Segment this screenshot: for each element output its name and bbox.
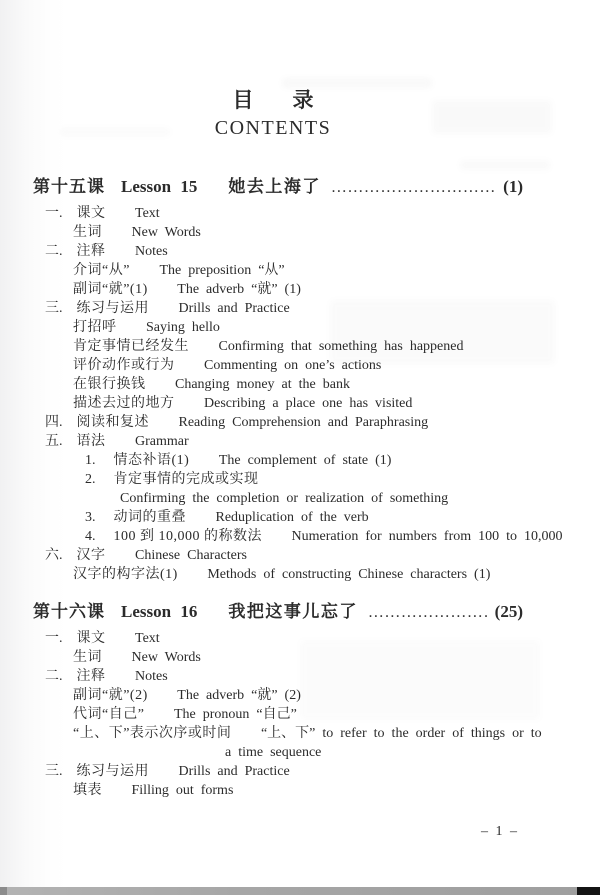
scan-edge-band <box>0 887 600 895</box>
toc-entry: 副词“就”(1) The adverb “就” (1) <box>33 280 523 299</box>
lesson-entries: 一. 课文 Text 生词 New Words 二. 注释 Notes 介词“从… <box>33 204 523 584</box>
entry-text-en: Text <box>135 206 160 221</box>
entry-marker: 2. <box>85 470 110 489</box>
entry-text-en: New Words <box>132 650 201 665</box>
entry-text-en: Chinese Characters <box>135 548 247 563</box>
entry-marker: 四. <box>45 413 73 432</box>
entry-text-zh: 汉字 <box>77 548 106 563</box>
toc-entry: Confirming the completion or realization… <box>33 489 523 508</box>
entry-text-zh: 课文 <box>77 206 106 221</box>
lesson-title-zh: 我把这事儿忘了 <box>228 601 358 623</box>
lesson-page-ref: (25) <box>495 601 523 623</box>
toc-entry: 1. 情态补语(1) The complement of state (1) <box>33 451 523 470</box>
entry-text-zh: 练习与运用 <box>77 301 150 316</box>
lesson-number-en: Lesson 16 <box>121 601 197 623</box>
toc-entry: 二. 注释 Notes <box>33 242 523 261</box>
entry-text-zh: “上、下”表示次序或时间 <box>73 726 231 741</box>
dot-leader: ………………………………………………………… <box>368 602 487 624</box>
entry-text-zh: 填表 <box>73 783 102 798</box>
entry-text-zh: 汉字的构字法(1) <box>73 567 178 582</box>
entry-text-en: Confirming that something has happened <box>219 339 464 354</box>
entry-text-en: Reading Comprehension and Paraphrasing <box>179 415 429 430</box>
entry-text-zh: 代词“自己” <box>73 707 144 722</box>
page-number: – 1 – <box>460 824 540 840</box>
toc-entry: a time sequence <box>33 743 523 762</box>
entry-text-en: Numeration for numbers from 100 to 10,00… <box>292 529 563 544</box>
toc-entry: 4. 100 到 10,000 的称数法 Numeration for numb… <box>33 527 523 546</box>
entry-text-zh: 生词 <box>73 650 102 665</box>
toc-entry: 2. 肯定事情的完成或实现 <box>33 470 523 489</box>
lesson-title-zh: 她去上海了 <box>228 176 321 198</box>
toc-entry: 副词“就”(2) The adverb “就” (2) <box>33 686 523 705</box>
contents-title-zh: 目 录 <box>33 84 513 114</box>
entry-text-en: Describing a place one has visited <box>204 396 412 411</box>
toc-entry: 填表 Filling out forms <box>33 781 523 800</box>
entry-text-zh: 语法 <box>77 434 106 449</box>
toc-entry: 六. 汉字 Chinese Characters <box>33 546 523 565</box>
entry-text-en: New Words <box>132 225 201 240</box>
entry-text-zh: 打招呼 <box>73 320 117 335</box>
toc-entry: 一. 课文 Text <box>33 204 523 223</box>
toc-entry: 一. 课文 Text <box>33 629 523 648</box>
toc-entry: 打招呼 Saying hello <box>33 318 523 337</box>
entry-text-en: Text <box>135 631 160 646</box>
toc-entry: “上、下”表示次序或时间 “上、下” to refer to the order… <box>33 724 523 743</box>
entry-text-zh: 注释 <box>77 244 106 259</box>
toc-entry: 肯定事情已经发生 Confirming that something has h… <box>33 337 523 356</box>
entry-text-zh: 生词 <box>73 225 102 240</box>
book-page: 目 录 CONTENTS 第十五课 Lesson 15 她去上海了 ………………… <box>0 0 600 895</box>
lesson-number-zh: 第十六课 <box>33 601 105 623</box>
entry-text-en: a time sequence <box>225 745 321 760</box>
scan-edge-dark-left <box>0 887 7 895</box>
entry-text-en: Drills and Practice <box>179 301 290 316</box>
scan-edge-black-right <box>577 887 600 895</box>
entry-text-en: Notes <box>135 244 168 259</box>
toc-entry: 生词 New Words <box>33 223 523 242</box>
contents-title-en: CONTENTS <box>33 117 513 140</box>
entry-text-zh: 评价动作或行为 <box>73 358 175 373</box>
entry-text-zh: 副词“就”(2) <box>73 688 148 703</box>
lesson-entries: 一. 课文 Text 生词 New Words 二. 注释 Notes 副词“就… <box>33 629 523 800</box>
lesson-heading: 第十六课 Lesson 16 我把这事儿忘了 ……………………………………………… <box>33 601 523 625</box>
toc-entry: 介词“从” The preposition “从” <box>33 261 523 280</box>
lesson-heading: 第十五课 Lesson 15 她去上海了 …………………………………………………… <box>33 176 523 200</box>
lesson-section: 第十六课 Lesson 16 我把这事儿忘了 ……………………………………………… <box>33 601 523 800</box>
lesson-section: 第十五课 Lesson 15 她去上海了 …………………………………………………… <box>33 176 523 584</box>
entry-text-zh: 情态补语(1) <box>114 453 190 468</box>
toc-entry: 在银行换钱 Changing money at the bank <box>33 375 523 394</box>
toc-entry: 生词 New Words <box>33 648 523 667</box>
toc-entry: 三. 练习与运用 Drills and Practice <box>33 299 523 318</box>
entry-text-zh: 注释 <box>77 669 106 684</box>
entry-marker: 二. <box>45 667 73 686</box>
toc-entry: 二. 注释 Notes <box>33 667 523 686</box>
dot-leader: ………………………………………………………… <box>331 177 495 199</box>
lesson-number-en: Lesson 15 <box>121 176 197 198</box>
entry-text-en: The complement of state (1) <box>219 453 392 468</box>
entry-text-zh: 100 到 10,000 的称数法 <box>114 529 263 544</box>
entry-text-en: Commenting on one’s actions <box>204 358 381 373</box>
entry-text-en: Changing money at the bank <box>175 377 350 392</box>
entry-marker: 一. <box>45 629 73 648</box>
contents-title-block: 目 录 CONTENTS <box>33 84 513 140</box>
lesson-page-ref: (1) <box>503 176 523 198</box>
entry-text-en: The preposition “从” <box>159 263 284 278</box>
entry-marker: 二. <box>45 242 73 261</box>
entry-text-zh: 肯定事情的完成或实现 <box>114 472 259 487</box>
contents-list: 第十五课 Lesson 15 她去上海了 …………………………………………………… <box>33 176 523 800</box>
entry-marker: 一. <box>45 204 73 223</box>
entry-text-zh: 介词“从” <box>73 263 130 278</box>
toc-entry: 三. 练习与运用 Drills and Practice <box>33 762 523 781</box>
entry-text-en: Methods of constructing Chinese characte… <box>207 567 490 582</box>
lesson-number-zh: 第十五课 <box>33 176 105 198</box>
entry-text-zh: 课文 <box>77 631 106 646</box>
entry-marker: 1. <box>85 451 110 470</box>
entry-text-en: Confirming the completion or realization… <box>120 491 448 506</box>
entry-text-en: Grammar <box>135 434 189 449</box>
entry-text-en: Reduplication of the verb <box>216 510 369 525</box>
entry-marker: 三. <box>45 299 73 318</box>
toc-entry: 3. 动词的重叠 Reduplication of the verb <box>33 508 523 527</box>
bleed-through-artifact <box>460 160 550 170</box>
entry-text-zh: 描述去过的地方 <box>73 396 175 411</box>
entry-text-en: The adverb “就” (1) <box>177 282 301 297</box>
entry-text-zh: 练习与运用 <box>77 764 150 779</box>
entry-marker: 五. <box>45 432 73 451</box>
entry-text-en: Notes <box>135 669 168 684</box>
entry-text-en: “上、下” to refer to the order of things or… <box>261 726 542 741</box>
entry-text-en: Saying hello <box>146 320 220 335</box>
entry-text-zh: 肯定事情已经发生 <box>73 339 189 354</box>
toc-entry: 五. 语法 Grammar <box>33 432 523 451</box>
toc-entry: 汉字的构字法(1) Methods of constructing Chines… <box>33 565 523 584</box>
entry-text-zh: 副词“就”(1) <box>73 282 148 297</box>
entry-marker: 六. <box>45 546 73 565</box>
toc-entry: 描述去过的地方 Describing a place one has visit… <box>33 394 523 413</box>
entry-text-en: The adverb “就” (2) <box>177 688 301 703</box>
entry-text-en: Drills and Practice <box>179 764 290 779</box>
entry-text-zh: 动词的重叠 <box>114 510 187 525</box>
toc-entry: 代词“自己” The pronoun “自己” <box>33 705 523 724</box>
entry-text-zh: 阅读和复述 <box>77 415 150 430</box>
entry-text-zh: 在银行换钱 <box>73 377 146 392</box>
entry-marker: 4. <box>85 527 110 546</box>
entry-marker: 三. <box>45 762 73 781</box>
toc-entry: 评价动作或行为 Commenting on one’s actions <box>33 356 523 375</box>
entry-text-en: The pronoun “自己” <box>174 707 297 722</box>
entry-marker: 3. <box>85 508 110 527</box>
toc-entry: 四. 阅读和复述 Reading Comprehension and Parap… <box>33 413 523 432</box>
entry-text-en: Filling out forms <box>132 783 234 798</box>
